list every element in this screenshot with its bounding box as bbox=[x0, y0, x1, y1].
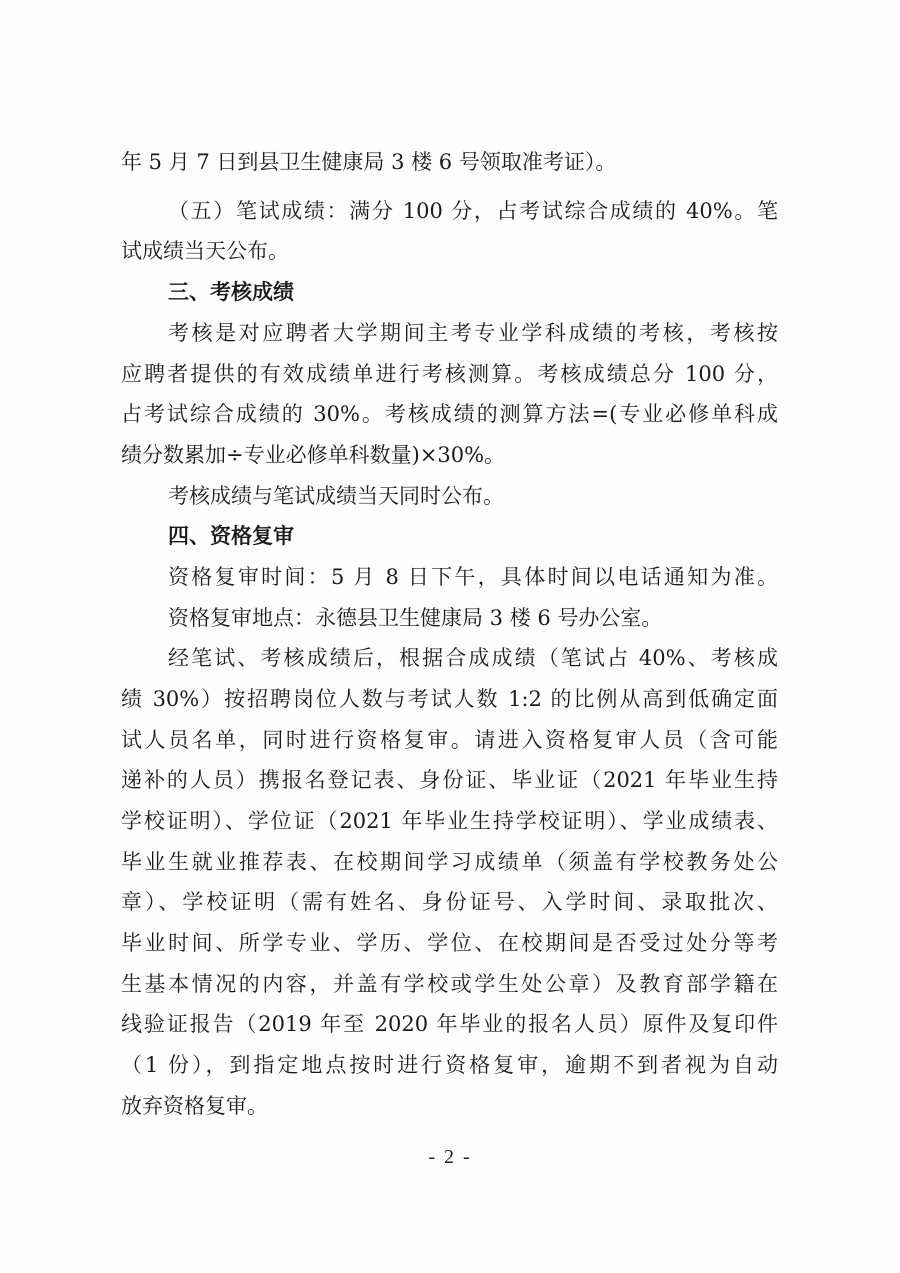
text-line: 考核是对应聘者大学期间主考专业学科成绩的考核，考核按 bbox=[168, 313, 778, 353]
text-line: 试成绩当天公布。 bbox=[121, 231, 289, 271]
text-line: 放弃资格复审。 bbox=[121, 1086, 268, 1126]
text-line: 试人员名单，同时进行资格复审。请进入资格复审人员（含可能 bbox=[121, 720, 778, 760]
text-line: 年 5 月 7 日到县卫生健康局 3 楼 6 号领取准考证）。 bbox=[121, 142, 616, 182]
text-line: 资格复审地点：永德县卫生健康局 3 楼 6 号办公室。 bbox=[168, 598, 662, 638]
document-page: 年 5 月 7 日到县卫生健康局 3 楼 6 号领取准考证）。（五）笔试成绩：满… bbox=[0, 0, 900, 1273]
text-line: 线验证报告（2019 年至 2020 年毕业的报名人员）原件及复印件 bbox=[121, 1004, 778, 1044]
text-line: （1 份），到指定地点按时进行资格复审，逾期不到者视为自动 bbox=[121, 1045, 778, 1085]
text-line: 毕业时间、所学专业、学历、学位、在校期间是否受过处分等考 bbox=[121, 923, 778, 963]
text-line: 占考试综合成绩的 30%。考核成绩的测算方法=(专业必修单科成 bbox=[121, 394, 778, 434]
text-line: 递补的人员）携报名登记表、身份证、毕业证（2021 年毕业生持 bbox=[121, 760, 778, 800]
text-line: 毕业生就业推荐表、在校期间学习成绩单（须盖有学校教务处公 bbox=[121, 842, 778, 882]
section-heading: 三、考核成绩 bbox=[168, 272, 294, 312]
section-heading: 四、资格复审 bbox=[168, 516, 294, 556]
text-line: 章）、学校证明（需有姓名、身份证号、入学时间、录取批次、 bbox=[121, 882, 778, 922]
text-line: 绩分数累加÷专业必修单科数量)×30%。 bbox=[121, 435, 505, 475]
text-line: 绩 30%）按招聘岗位人数与考试人数 1:2 的比例从高到低确定面 bbox=[121, 679, 778, 719]
text-line: 应聘者提供的有效成绩单进行考核测算。考核成绩总分 100 分， bbox=[121, 354, 778, 394]
text-line: 生基本情况的内容，并盖有学校或学生处公章）及教育部学籍在 bbox=[121, 964, 778, 1004]
text-line: 学校证明）、学位证（2021 年毕业生持学校证明）、学业成绩表、 bbox=[121, 801, 778, 841]
text-line: 资格复审时间：5 月 8 日下午，具体时间以电话通知为准。 bbox=[168, 557, 778, 597]
text-line: （五）笔试成绩：满分 100 分，占考试综合成绩的 40%。笔 bbox=[168, 191, 778, 231]
text-line: 经笔试、考核成绩后，根据合成成绩（笔试占 40%、考核成 bbox=[168, 638, 778, 678]
text-line: 考核成绩与笔试成绩当天同时公布。 bbox=[168, 476, 504, 516]
page-number: - 2 - bbox=[0, 1146, 900, 1169]
